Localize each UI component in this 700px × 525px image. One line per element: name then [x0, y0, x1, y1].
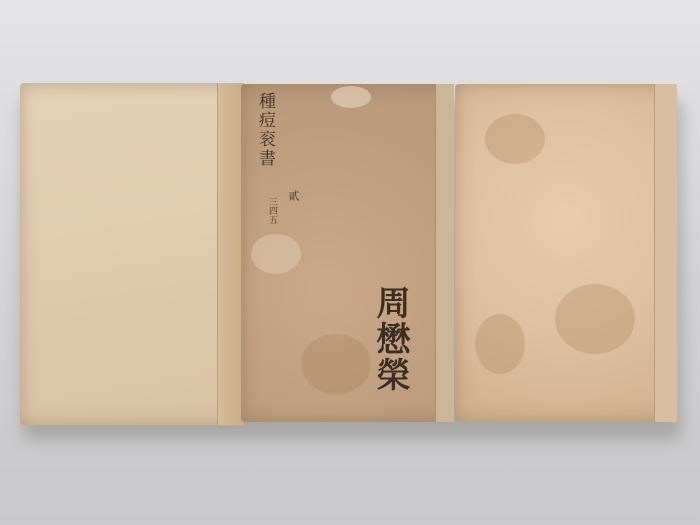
book-left	[20, 83, 244, 425]
owner-name: 周懋榮	[373, 285, 407, 393]
side-mark: 貳	[285, 190, 301, 201]
stain	[301, 334, 371, 394]
book-middle-spine	[435, 84, 454, 422]
book-left-spine	[217, 83, 244, 425]
stain	[555, 284, 635, 354]
stain	[475, 314, 525, 374]
book-right	[455, 84, 677, 422]
stain	[485, 114, 545, 164]
book-right-spine	[654, 84, 677, 422]
stain	[331, 86, 371, 108]
volume-marks: 三四五	[266, 197, 279, 224]
stain	[251, 234, 301, 274]
book-title: 種痘衮書	[258, 92, 278, 168]
